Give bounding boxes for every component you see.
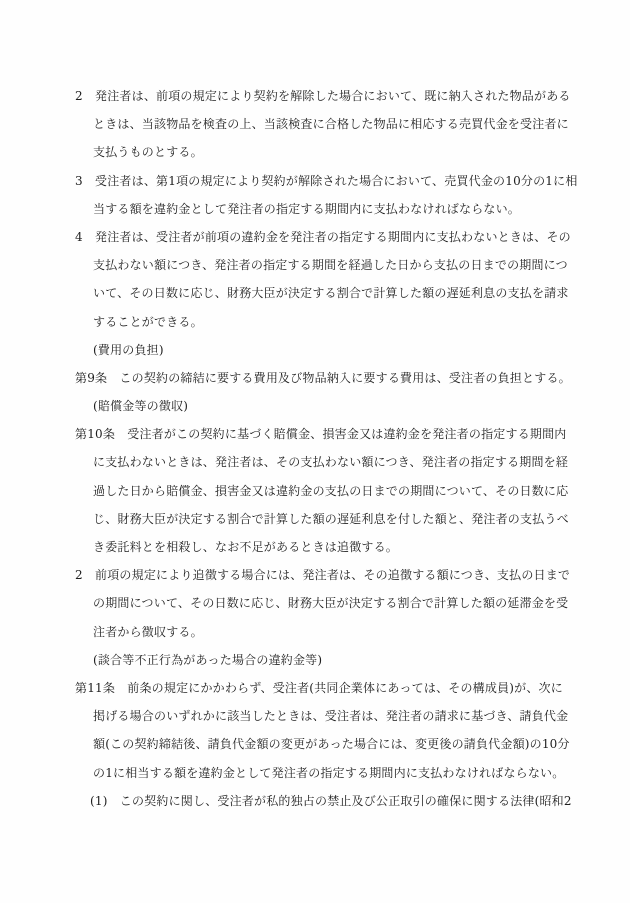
document-line: いて、その日数に応じ、財務大臣が決定する割合で計算した額の遅延利息の支払を請求 [93, 279, 630, 307]
document-line: (費用の負担) [93, 336, 630, 364]
document-line: き委託料とを相殺し、なお不足があるときは追徴する。 [93, 533, 630, 561]
document-line: (1) この契約に関し、受注者が私的独占の禁止及び公正取引の確保に関する法律(昭… [90, 787, 630, 815]
document-line: の1に相当する額を違約金として発注者の指定する期間内に支払わなければならない。 [93, 759, 630, 787]
document-line: 支払うものとする。 [93, 138, 630, 166]
document-line: 第11条 前条の規定にかかわらず、受注者(共同企業体にあっては、その構成員)が、… [75, 674, 630, 702]
document-line: 3 受注者は、第1項の規定により契約が解除された場合において、売買代金の10分の… [75, 167, 630, 195]
document-line: の期間について、その日数に応じ、財務大臣が決定する割合で計算した額の延滞金を受 [93, 589, 630, 617]
document-line: することができる。 [93, 308, 630, 336]
document-line: ときは、当該物品を検査の上、当該検査に合格した物品に相応する売買代金を受注者に [93, 110, 630, 138]
document-page: 2 発注者は、前項の規定により契約を解除した場合において、既に納入された物品があ… [0, 0, 630, 903]
document-line: 第10条 受注者がこの契約に基づく賠償金、損害金又は違約金を発注者の指定する期間… [75, 420, 630, 448]
document-line: 掲げる場合のいずれかに該当したときは、受注者は、発注者の請求に基づき、請負代金 [93, 702, 630, 730]
document-line: じ、財務大臣が決定する割合で計算した額の遅延利息を付した額と、発注者の支払うべ [93, 505, 630, 533]
document-line: (賠償金等の徴収) [93, 392, 630, 420]
document-line: に支払わないときは、発注者は、その支払わない額につき、発注者の指定する期間を経 [93, 448, 630, 476]
document-line: 第9条 この契約の締結に要する費用及び物品納入に要する費用は、受注者の負担とする… [75, 364, 630, 392]
document-line: 注者から徴収する。 [93, 618, 630, 646]
document-line: 当する額を違約金として発注者の指定する期間内に支払わなければならない。 [93, 195, 630, 223]
document-line: 支払わない額につき、発注者の指定する期間を経過した日から支払の日までの期間につ [93, 251, 630, 279]
document-line: 4 発注者は、受注者が前項の違約金を発注者の指定する期間内に支払わないときは、そ… [75, 223, 630, 251]
document-line: 2 前項の規定により追徴する場合には、発注者は、その追徴する額につき、支払の日ま… [75, 561, 630, 589]
document-line: 2 発注者は、前項の規定により契約を解除した場合において、既に納入された物品があ… [75, 82, 630, 110]
document-line: 額(この契約締結後、請負代金額の変更があった場合には、変更後の請負代金額)の10… [93, 730, 630, 758]
document-body: 2 発注者は、前項の規定により契約を解除した場合において、既に納入された物品があ… [0, 82, 630, 815]
document-line: (談合等不正行為があった場合の違約金等) [93, 646, 630, 674]
document-line: 過した日から賠償金、損害金又は違約金の支払の日までの期間について、その日数に応 [93, 477, 630, 505]
